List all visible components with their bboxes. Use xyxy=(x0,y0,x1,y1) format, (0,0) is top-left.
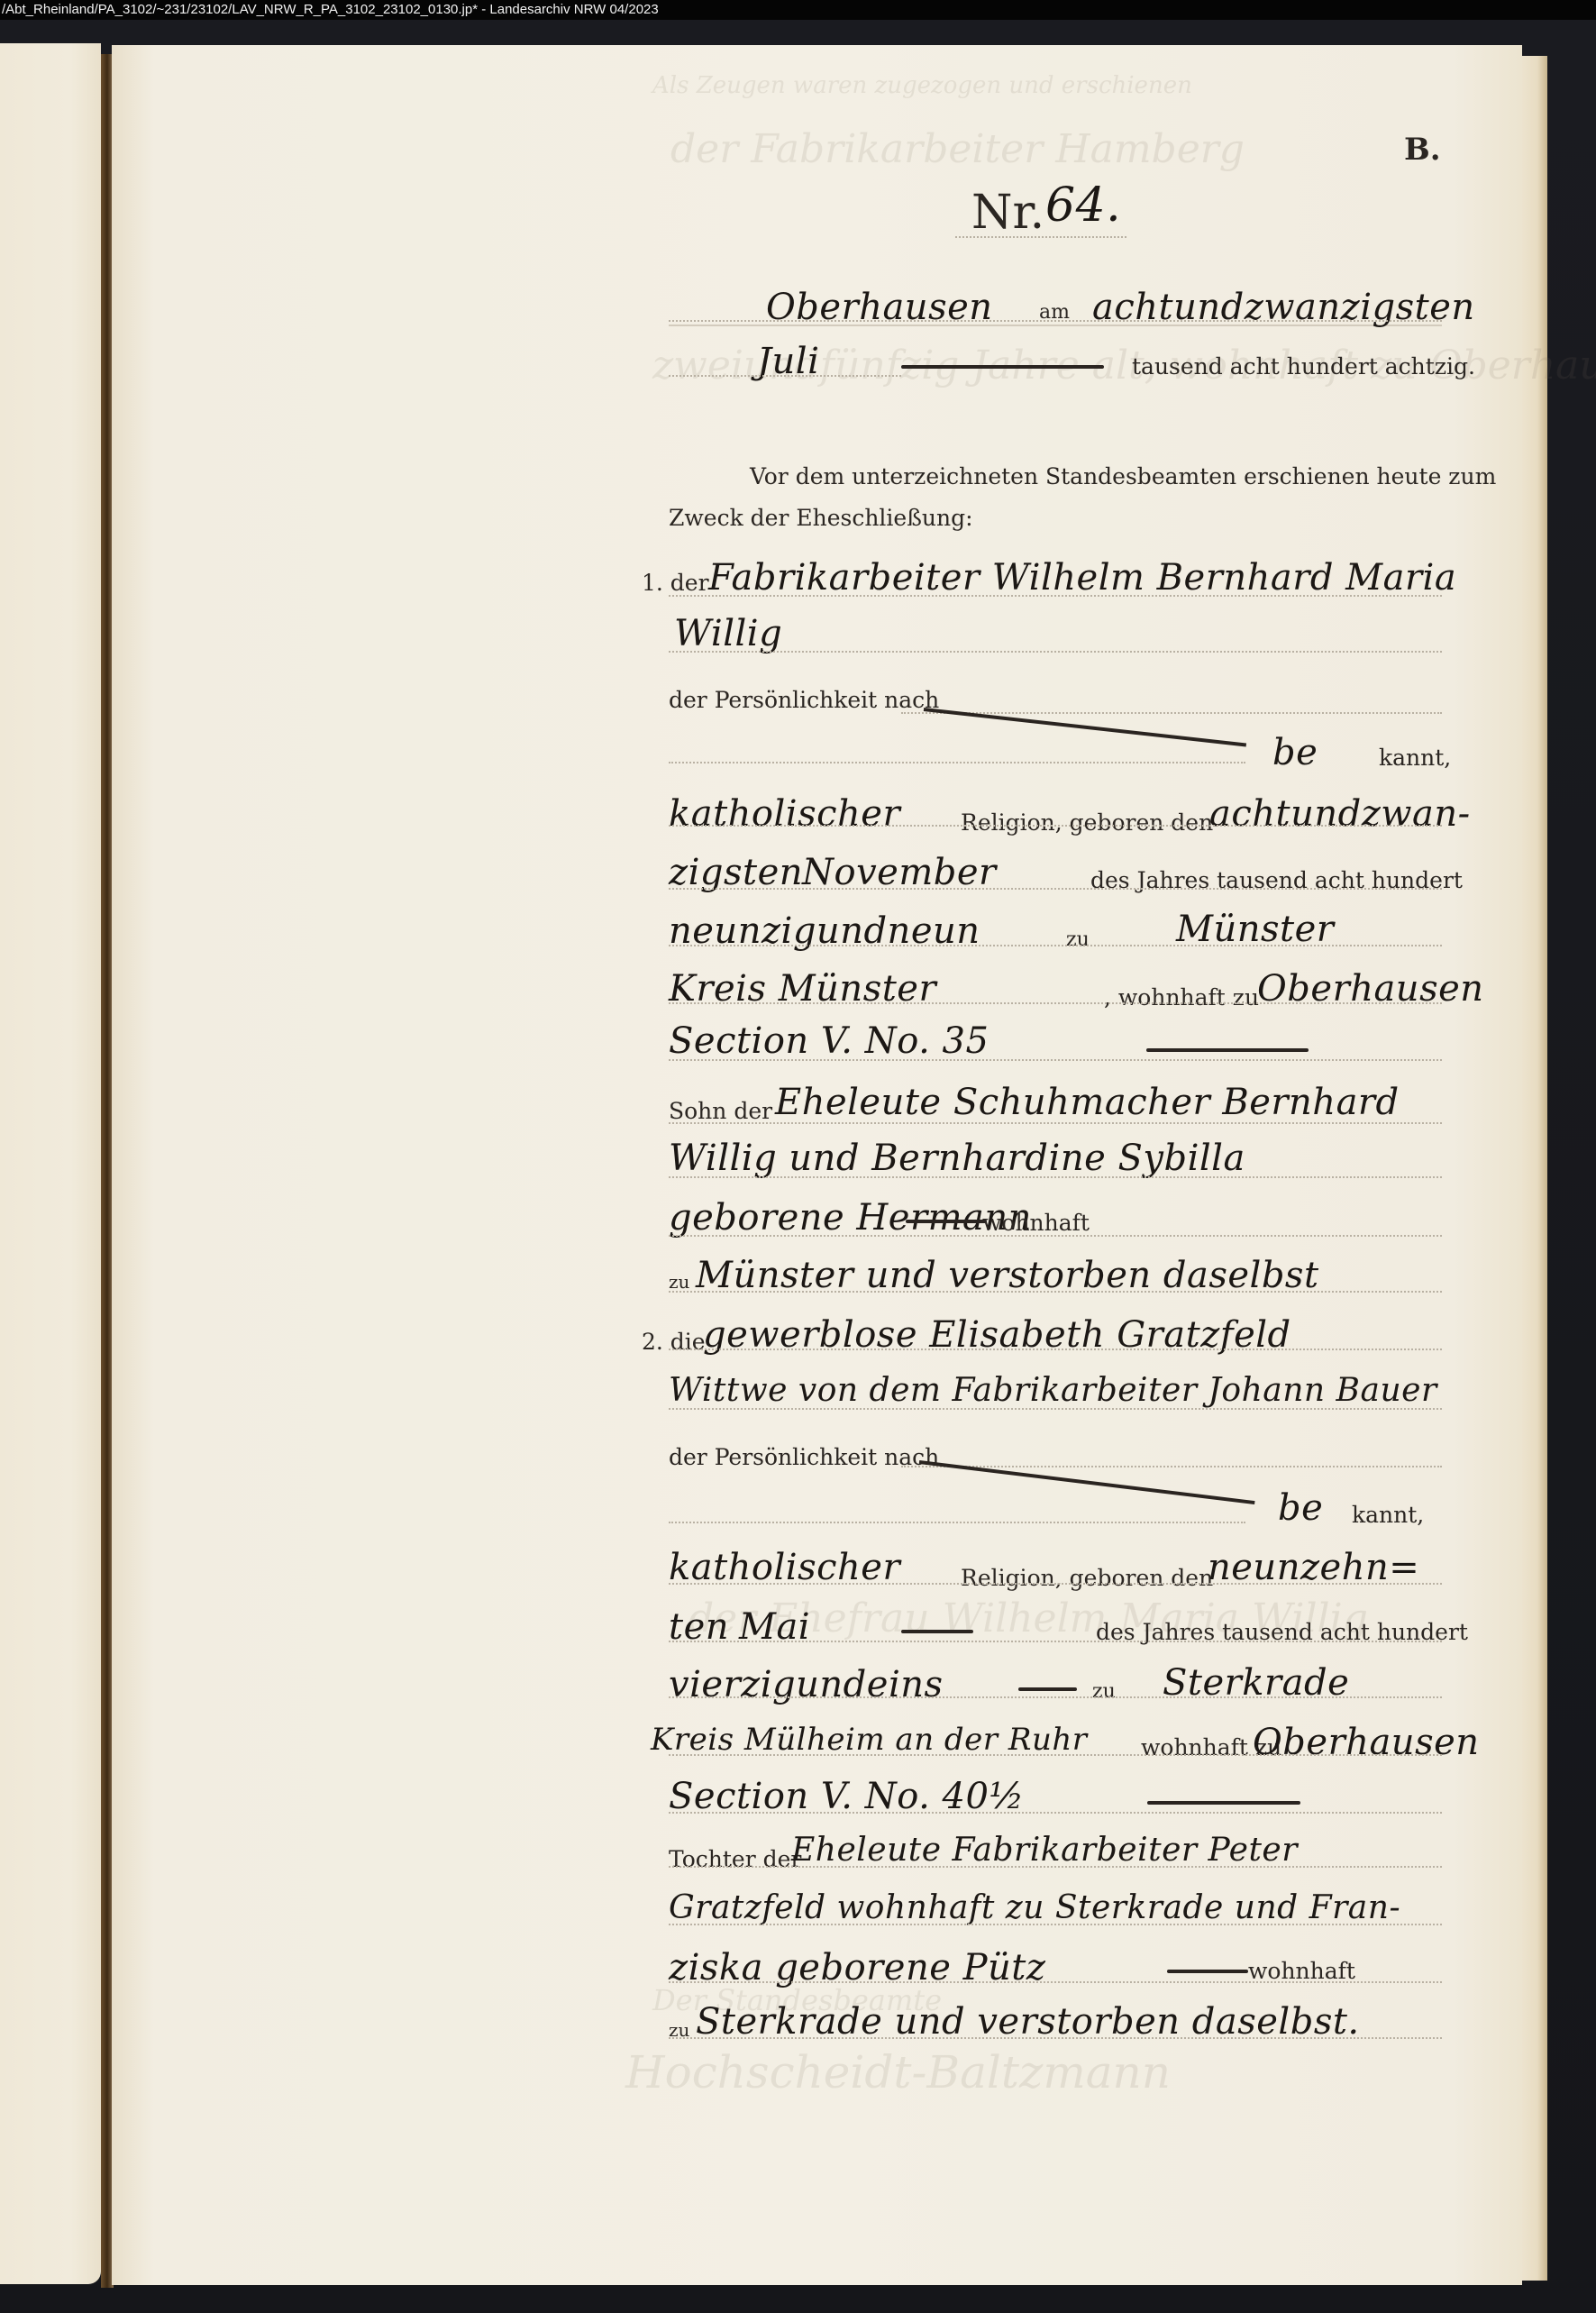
fill-dash xyxy=(1018,1687,1077,1691)
fill-dash xyxy=(906,1220,987,1223)
dotted-line xyxy=(669,945,1442,946)
bride-birth-year: vierzigundeins xyxy=(669,1664,944,1705)
groom-residence-label: , wohnhaft zu xyxy=(1104,984,1259,1010)
dotted-line xyxy=(669,1122,1442,1124)
bride-parents-line-2: Gratzfeld wohnhaft zu Sterkrade und Fran… xyxy=(669,1889,1400,1926)
bride-identity-label: der Persönlichkeit nach xyxy=(669,1444,939,1470)
dotted-line xyxy=(669,825,1442,827)
dotted-line xyxy=(669,1408,1442,1410)
groom-surname: Willig xyxy=(674,613,782,654)
dotted-line xyxy=(669,1812,1442,1814)
fill-dash xyxy=(1147,1801,1300,1805)
bride-religion-label: Religion, geboren den xyxy=(961,1565,1213,1591)
groom-religion: katholischer xyxy=(669,793,900,835)
groom-parents-line-1: Eheleute Schuhmacher Bernhard xyxy=(775,1082,1400,1123)
bride-identity-printed: kannt, xyxy=(1352,1502,1424,1528)
groom-identity-handwritten: be xyxy=(1272,732,1318,773)
fill-dash xyxy=(901,1630,973,1633)
groom-occupation-name: Fabrikarbeiter Wilhelm Bernhard Maria xyxy=(708,557,1456,599)
dotted-line xyxy=(669,888,1442,890)
bride-parents-line-1: Eheleute Fabrikarbeiter Peter xyxy=(791,1832,1298,1869)
record-number: 64. xyxy=(1045,178,1121,233)
dotted-line xyxy=(669,1235,1442,1237)
bride-residence: Oberhausen xyxy=(1253,1722,1480,1763)
marriage-place: Oberhausen xyxy=(766,287,993,328)
dotted-line xyxy=(669,1291,1442,1293)
fill-dash xyxy=(1146,1048,1309,1052)
show-through-text: der Fabrikarbeiter Hamberg xyxy=(670,126,1245,172)
groom-birth-day-1: achtundzwan- xyxy=(1209,793,1471,835)
record-number-label: Nr. xyxy=(971,186,1044,240)
groom-birth-place-label: zu xyxy=(1066,928,1090,951)
fill-dash xyxy=(901,365,1104,369)
groom-parents-residence-label: wohnhaft xyxy=(982,1210,1090,1236)
groom-identity-printed: kannt, xyxy=(1379,745,1451,771)
groom-identity-label: der Persönlichkeit nach xyxy=(669,687,939,713)
bride-parents-label: Tochter der xyxy=(669,1846,801,1872)
dotted-line xyxy=(669,1583,1442,1585)
dotted-line xyxy=(669,1522,1245,1523)
window-title: /Abt_Rheinland/PA_3102/~231/23102/LAV_NR… xyxy=(2,2,659,17)
bride-identity-handwritten: be xyxy=(1278,1487,1323,1529)
dotted-line xyxy=(669,651,1442,653)
groom-parents-line-3: geborene Hermann xyxy=(669,1197,1032,1239)
page-edge xyxy=(1522,56,1547,2281)
show-through-text: Hochscheidt-Baltzmann xyxy=(625,2046,1171,2098)
bride-number: 2. die xyxy=(642,1329,706,1355)
window-title-bar: /Abt_Rheinland/PA_3102/~231/23102/LAV_NR… xyxy=(0,0,1596,20)
dotted-line xyxy=(669,1754,1442,1756)
bride-birth-district: Kreis Mülheim an der Ruhr xyxy=(651,1722,1088,1758)
groom-number: 1. der xyxy=(642,570,709,596)
dotted-line xyxy=(669,1002,1442,1004)
dotted-line xyxy=(669,1348,1442,1350)
fill-dash xyxy=(1167,1970,1248,1973)
marriage-day: achtundzwanzigsten xyxy=(1092,287,1475,328)
dotted-line xyxy=(669,1696,1442,1698)
show-through-text: Als Zeugen waren zugezogen und erschiene… xyxy=(652,72,1192,99)
dotted-line xyxy=(669,1641,1442,1642)
dotted-line xyxy=(669,1059,1442,1061)
groom-residence-detail: Section V. No. 35 xyxy=(669,1020,989,1062)
dotted-line xyxy=(955,236,1126,238)
groom-parents-label: Sohn der xyxy=(669,1098,772,1124)
dotted-line xyxy=(669,1924,1442,1925)
dotted-line xyxy=(669,762,1245,763)
bride-birth-place-label: zu xyxy=(1092,1680,1116,1703)
groom-parents-line-2: Willig und Bernhardine Sybilla xyxy=(669,1138,1245,1179)
dotted-line xyxy=(669,1176,1442,1178)
groom-parents-residence-prefix: zu xyxy=(669,1271,689,1293)
dotted-line xyxy=(669,320,1442,322)
dotted-line xyxy=(669,1981,1442,1983)
dotted-line xyxy=(669,1866,1442,1868)
left-page xyxy=(0,43,101,2284)
intro-line-1: Vor dem unterzeichneten Standesbeamten e… xyxy=(750,463,1496,489)
intro-line-2: Zweck der Eheschließung: xyxy=(669,505,973,531)
dotted-line xyxy=(669,375,901,377)
dotted-line xyxy=(669,595,1442,597)
bride-parents-residence-label: wohnhaft xyxy=(1248,1958,1355,1984)
bride-widow-line: Wittwe von dem Fabrikarbeiter Johann Bau… xyxy=(669,1372,1437,1409)
groom-religion-label: Religion, geboren den xyxy=(961,809,1213,836)
dotted-line xyxy=(669,2037,1442,2039)
form-letter: B. xyxy=(1404,132,1441,168)
marriage-year-printed: tausend acht hundert achtzig. xyxy=(1132,353,1475,379)
